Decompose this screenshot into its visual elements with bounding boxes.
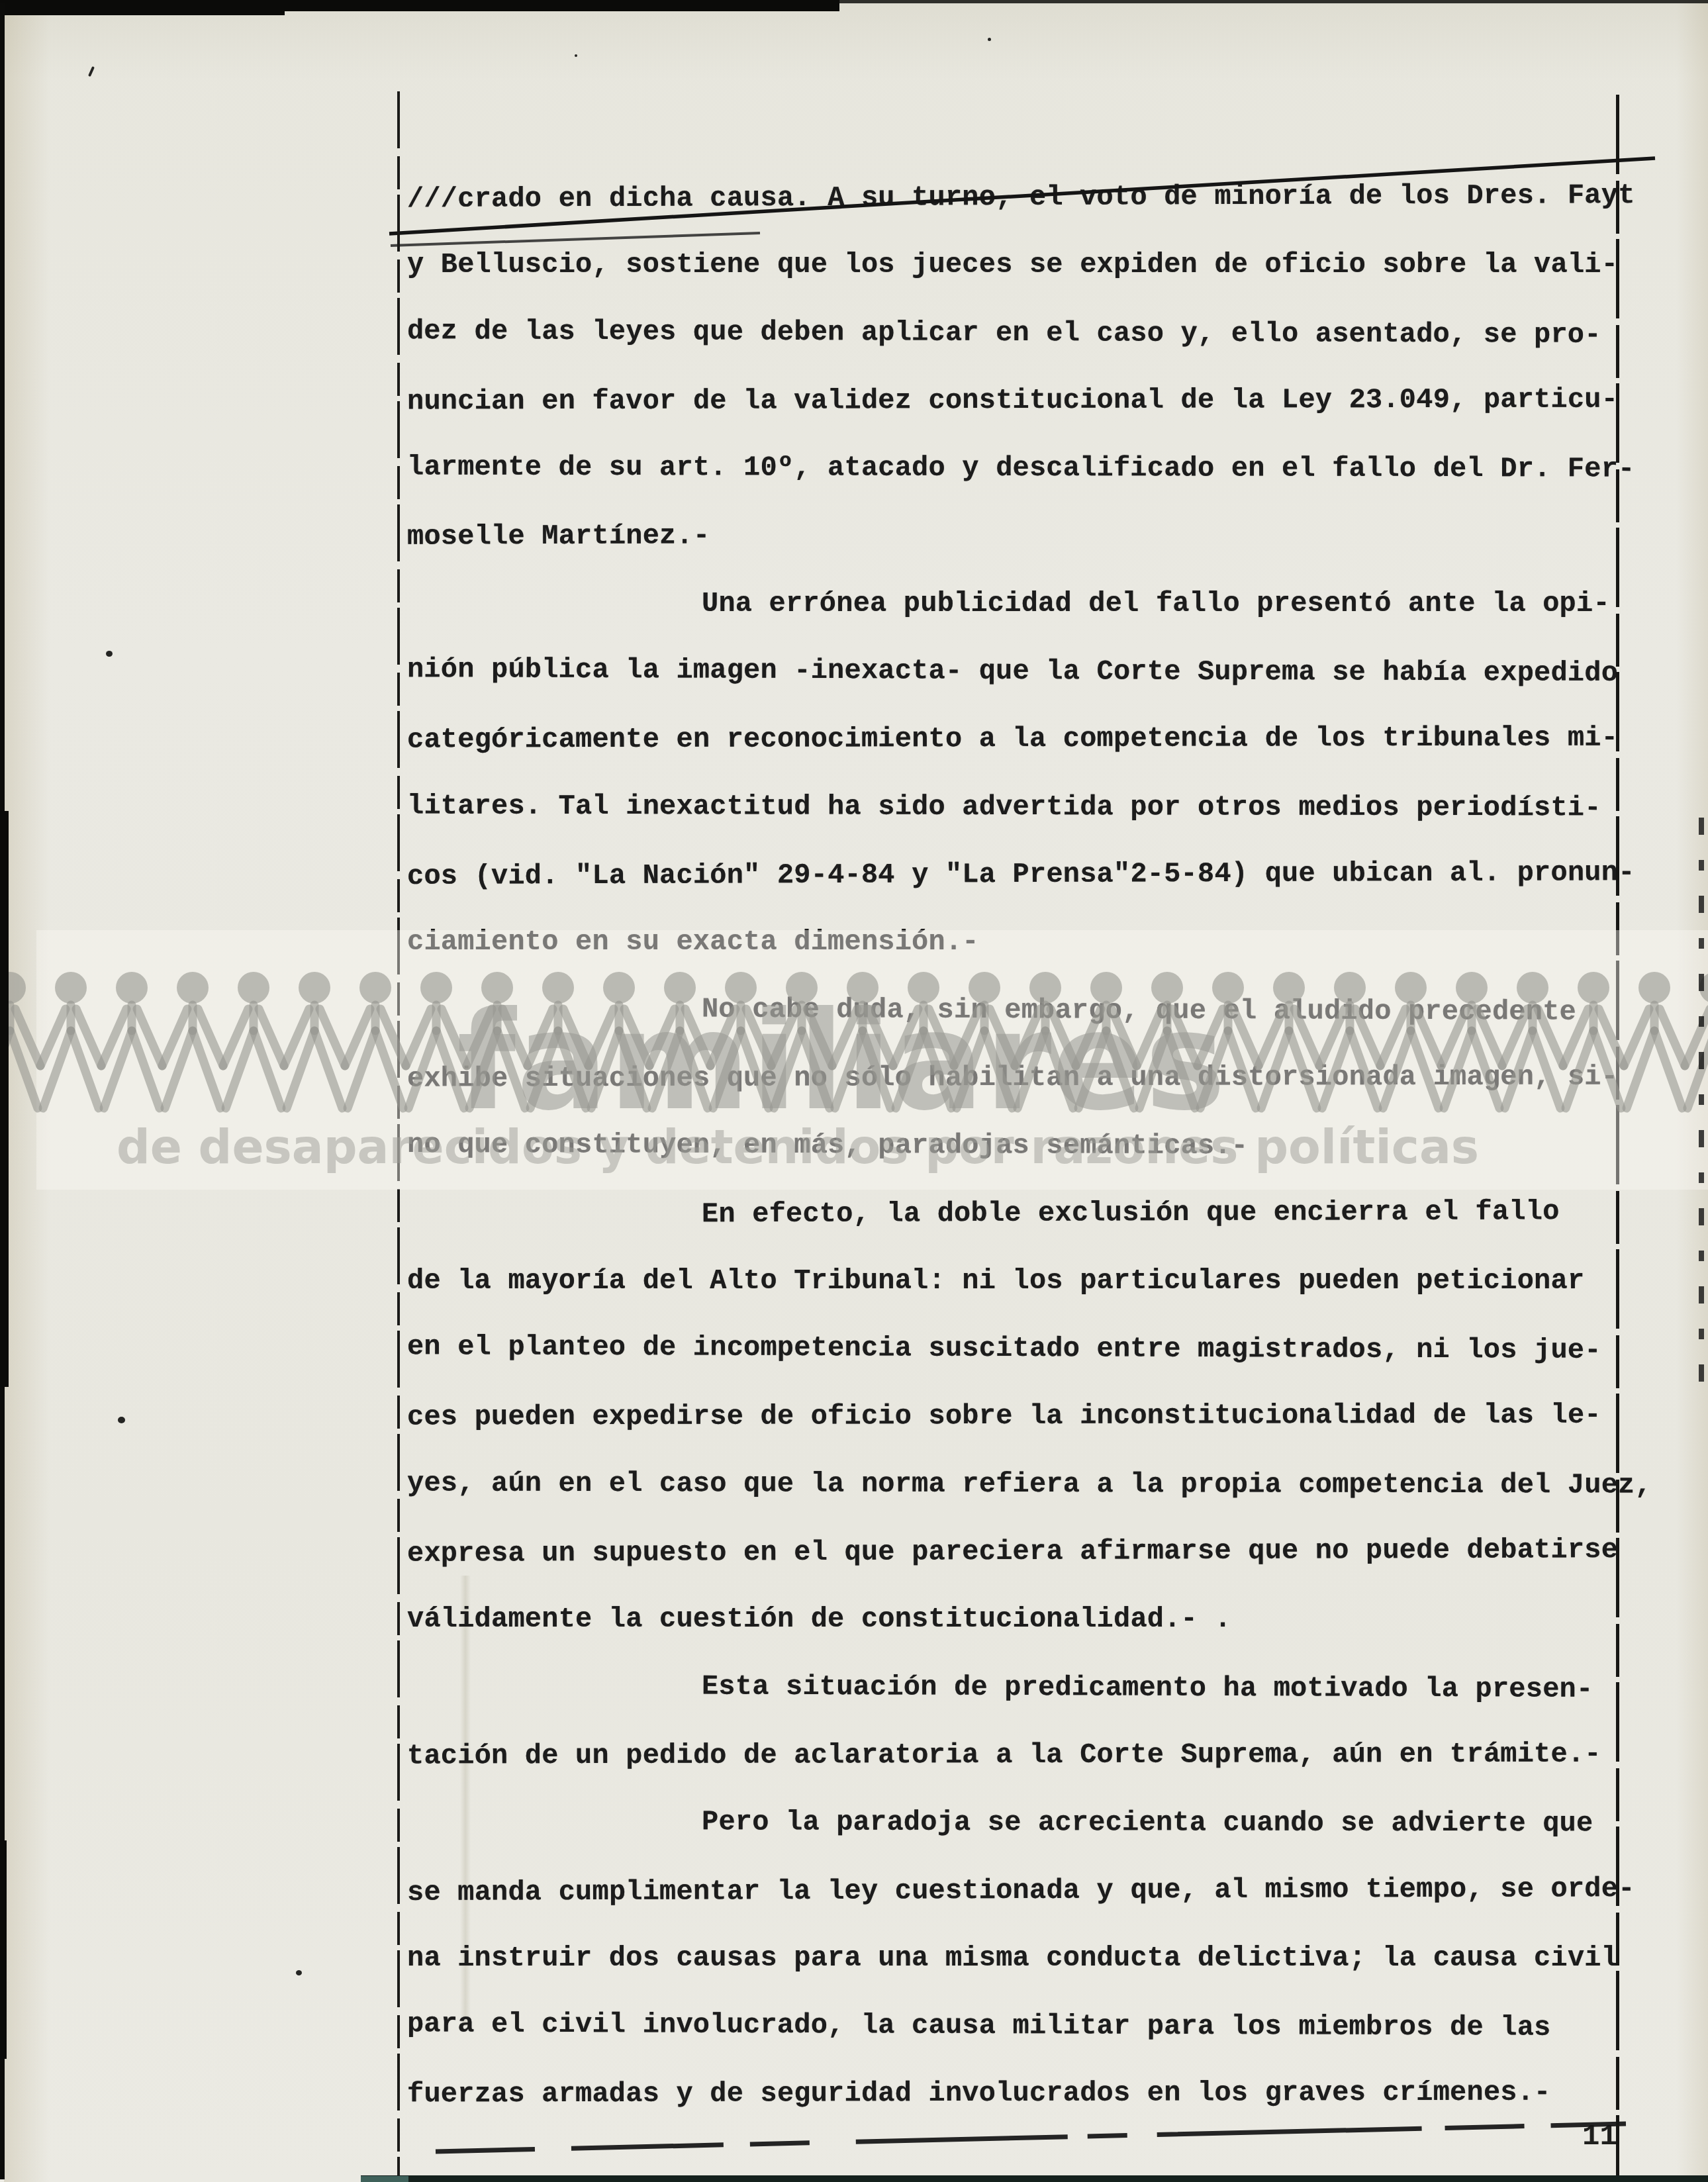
ink-dot (106, 651, 113, 657)
text-line: en el planteo de incompetencia suscitado… (407, 1333, 1601, 1364)
text-line: no que constituyen, en más, paradojas se… (407, 1131, 1248, 1160)
text-line: y Belluscio, sostiene que los jueces se … (407, 251, 1618, 279)
text-line: expresa un supuesto en el que pareciera … (407, 1536, 1618, 1568)
text-line: ///crado en dicha causa. A su turno, el … (407, 181, 1635, 213)
text-line: se manda cumplimentar la ley cuestionada… (407, 1875, 1635, 1907)
text-line: categóricamente en reconocimiento a la c… (407, 724, 1618, 754)
text-line: para el civil involucrado, la causa mili… (407, 2010, 1551, 2041)
text-line: dez de las leyes que deben aplicar en el… (407, 317, 1601, 349)
ink-dot (296, 1970, 302, 1975)
text-line: na instruir dos causas para una misma co… (407, 1944, 1618, 1972)
text-line: En efecto, la doble exclusión que encier… (407, 1198, 1560, 1229)
text-line: nuncian en favor de la validez constituc… (407, 385, 1618, 415)
text-line: válidamente la cuestión de constituciona… (407, 1605, 1231, 1633)
text-line: moselle Martínez.- (407, 522, 710, 550)
text-line: Una errónea publicidad del fallo present… (407, 590, 1610, 618)
ink-speck (988, 38, 991, 41)
text-line: Pero la paradoja se acrecienta cuando se… (407, 1808, 1593, 1838)
text-line: ces pueden expedirse de oficio sobre la … (407, 1401, 1601, 1431)
text-line: de la mayoría del Alto Tribunal: ni los … (407, 1267, 1584, 1295)
text-line: Esta situación de predicamento ha motiva… (407, 1672, 1593, 1703)
text-line: exhibe situaciones que no sólo habilitan… (407, 1063, 1618, 1092)
text-line: cos (vid. "La Nación" 29-4-84 y "La Pren… (407, 859, 1635, 890)
ink-dot (118, 1417, 125, 1423)
text-line: larmente de su art. 10º, atacado y desca… (407, 453, 1635, 483)
text-line: ciamiento en su exacta dimensión.- (407, 928, 979, 956)
text-line: No cabe duda, sin embargo, que el aludid… (407, 994, 1576, 1026)
ink-speck (575, 54, 577, 57)
scanned-document-page: ///crado en dicha causa. A su turno, el … (0, 0, 1708, 2182)
right-page-edge-marks (1699, 818, 1704, 1400)
text-line: litares. Tal inexactitud ha sido adverti… (407, 792, 1601, 822)
page-number: 11 (1582, 2120, 1617, 2154)
typewritten-text-block: ///crado en dicha causa. A su turno, el … (0, 0, 1708, 2182)
text-line: nión pública la imagen -inexacta- que la… (407, 655, 1618, 687)
text-line: tación de un pedido de aclaratoria a la … (407, 1740, 1601, 1770)
text-line: fuerzas armadas y de seguridad involucra… (407, 2079, 1551, 2109)
text-line: yes, aún en el caso que la norma refiera… (407, 1469, 1652, 1499)
